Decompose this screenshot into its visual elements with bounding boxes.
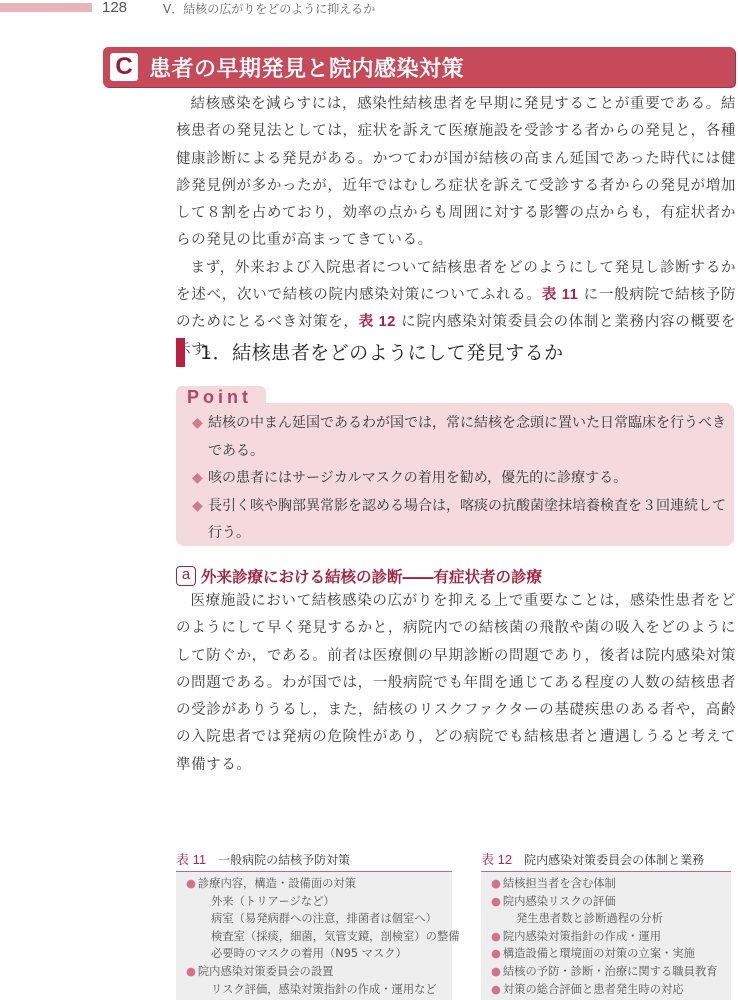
subsection-a-title: 外来診療における結核の診断――有症状者の診療: [201, 565, 542, 587]
section-c-banner: C 患者の早期発見と院内感染対策: [103, 47, 735, 87]
point-list: ◆結核の中まん延国であるわが国では，常に結核を念頭に置いた日常臨床を行うべきであ…: [192, 410, 732, 548]
table-12: 表 12院内感染対策委員会の体制と業務 ●結核担当者を含む体制 ●院内感染リスク…: [481, 849, 731, 1000]
subsection-a-text: 医療施設において結核感染の広がりを抑える上で重要なことは，感染性患者をどのように…: [176, 588, 736, 779]
table-row-text: 院内感染対策指針の作成・運用: [503, 930, 661, 943]
table-row-text: 結核の予防・診断・治療に関する職員教育: [503, 965, 718, 978]
page-number: 128: [102, 0, 127, 16]
table-12-caption: 表 12院内感染対策委員会の体制と業務: [481, 849, 731, 869]
header-accent-bar: [0, 3, 92, 12]
table-12-number: 表 12: [481, 852, 512, 867]
bullet-dot-icon: ●: [491, 965, 501, 978]
table-11-title: 一般病院の結核予防対策: [218, 853, 350, 867]
table-row-text: 院内感染リスクの評価: [503, 895, 616, 908]
bullet-dot-icon: ●: [491, 877, 501, 890]
subsection-a-paragraph: 医療施設において結核感染の広がりを抑える上で重要なことは，感染性患者をどのように…: [176, 588, 736, 779]
bullet-dot-icon: ●: [491, 947, 501, 960]
point-item: ◆咳の患者にはサージカルマスクの着用を勧め，優先的に診療する。: [192, 465, 732, 493]
section-c-title: 患者の早期発見と院内感染対策: [149, 52, 464, 83]
heading-1-title: 1．結核患者をどのようにして発見するか: [200, 338, 564, 365]
table-row: ●結核の予防・診断・治療に関する職員教育: [491, 963, 725, 981]
table-row-text: 構造設備と環境面の対策の立案・実施: [503, 947, 695, 960]
chapter-title: V．結核の広がりをどのように抑えるか: [163, 0, 375, 17]
table-row: リスク評価，感染対策指針の作成・運用など: [186, 981, 446, 999]
intro-paragraph-1: 結核感染を減らすには，感染性結核患者を早期に発見することが重要である。結核患者の…: [176, 91, 736, 255]
intro-text: 結核感染を減らすには，感染性結核患者を早期に発見することが重要である。結核患者の…: [176, 91, 736, 364]
table-11: 表 11一般病院の結核予防対策 ●診療内容，構造・設備面の対策 外来（トリアージ…: [176, 849, 452, 1000]
table-row: 発生患者数と診断過程の分析: [491, 910, 725, 928]
diamond-bullet-icon: ◆: [192, 493, 203, 521]
point-item-text: 咳の患者にはサージカルマスクの着用を勧め，優先的に診療する。: [208, 470, 627, 486]
table-row-text: 結核担当者を含む体制: [503, 877, 616, 890]
point-item: ◆結核の中まん延国であるわが国では，常に結核を念頭に置いた日常臨床を行うべきであ…: [192, 410, 732, 465]
point-item: ◆長引く咳や胸部異常影を認める場合は，喀痰の抗酸菌塗抹培養検査を３回連続して行う…: [192, 493, 732, 548]
heading-1-marker: [176, 338, 185, 367]
table-row: ●院内感染リスクの評価: [491, 893, 725, 911]
table-row-text: 院内感染対策委員会の設置: [198, 965, 334, 978]
table-row-text: 診療内容，構造・設備面の対策: [198, 877, 356, 890]
table-12-title: 院内感染対策委員会の体制と業務: [524, 853, 704, 867]
table-row: 必要時のマスクの着用（N95 マスク）: [186, 945, 446, 963]
subsection-a-badge: a: [176, 566, 196, 586]
point-item-text: 長引く咳や胸部異常影を認める場合は，喀痰の抗酸菌塗抹培養検査を３回連続して行う。: [208, 498, 726, 542]
table-11-number: 表 11: [176, 852, 206, 867]
table-12-body: ●結核担当者を含む体制 ●院内感染リスクの評価 発生患者数と診断過程の分析 ●院…: [481, 871, 731, 1000]
bullet-dot-icon: ●: [491, 983, 501, 996]
bullet-dot-icon: ●: [186, 965, 196, 978]
table-row: 外来（トリアージなど）: [186, 893, 446, 911]
subsection-a-heading: a 外来診療における結核の診断――有症状者の診療: [176, 565, 542, 587]
diamond-bullet-icon: ◆: [192, 410, 203, 438]
table-row: ●院内感染対策指針の作成・運用: [491, 928, 725, 946]
table-row: ●結核担当者を含む体制: [491, 875, 725, 893]
table-row: ●対策の総合評価と患者発生時の対応: [491, 981, 725, 999]
diamond-bullet-icon: ◆: [192, 465, 203, 493]
table-row: 検査室（採痰，細菌，気管支鏡，剖検室）の整備: [186, 928, 446, 946]
table-11-body: ●診療内容，構造・設備面の対策 外来（トリアージなど） 病室（易発病群への注意，…: [176, 871, 452, 1000]
section-c-badge: C: [110, 53, 138, 81]
bullet-dot-icon: ●: [491, 895, 501, 908]
table-11-caption: 表 11一般病院の結核予防対策: [176, 849, 452, 869]
bullet-dot-icon: ●: [491, 930, 501, 943]
point-item-text: 結核の中まん延国であるわが国では，常に結核を念頭に置いた日常臨床を行うべきである…: [208, 415, 726, 459]
table-row: 病室（易発病群への注意，排菌者は個室へ）: [186, 910, 446, 928]
bullet-dot-icon: ●: [186, 877, 196, 890]
table-row-text: 対策の総合評価と患者発生時の対応: [503, 983, 684, 996]
table-row: ●院内感染対策委員会の設置: [186, 963, 446, 981]
table-row: ●診療内容，構造・設備面の対策: [186, 875, 446, 893]
table-row: ●構造設備と環境面の対策の立案・実施: [491, 945, 725, 963]
table-12-ref-link[interactable]: 表 12: [359, 314, 396, 330]
point-label: Point: [187, 387, 252, 408]
table-11-ref-link[interactable]: 表 11: [542, 287, 579, 303]
